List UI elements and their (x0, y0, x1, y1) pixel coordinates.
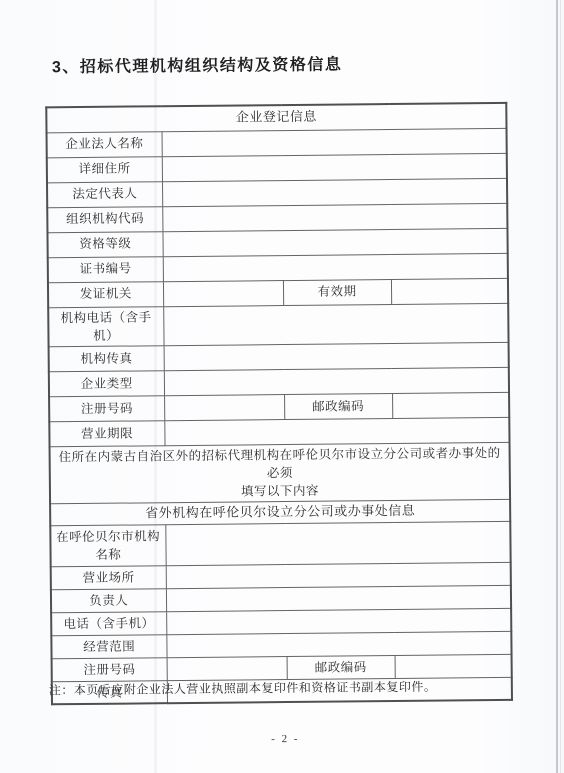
page-title: 3、招标代理机构组织结构及资格信息 (52, 51, 343, 77)
field-value (162, 178, 507, 206)
field-value (162, 128, 507, 156)
field-label: 组织机构代码 (47, 206, 162, 232)
registration-form-table: 企业登记信息 企业法人名称 详细住所 法定代表人 组织机构代码 资格等级 证书编… (45, 102, 513, 706)
field-label-postal-code: 邮政编码 (287, 655, 395, 679)
field-value (163, 280, 283, 306)
field-label: 法定代表人 (47, 181, 162, 207)
field-value (162, 228, 507, 256)
field-label: 资格等级 (47, 231, 162, 257)
row-agency-phone: 机构电话（含手机） (48, 303, 508, 347)
field-label: 注册号码 (52, 658, 167, 682)
field-value (162, 153, 507, 181)
field-label: 注册号码 (49, 395, 164, 421)
field-label: 营业场所 (51, 566, 166, 590)
field-label: 发证机关 (48, 281, 163, 307)
field-label: 机构传真 (49, 345, 164, 371)
field-label: 经营范围 (51, 635, 166, 659)
field-value (167, 657, 287, 681)
page-number: - 2 - (3, 730, 564, 747)
field-value (164, 367, 509, 395)
field-label: 在呼伦贝尔市机构名称 (50, 525, 165, 567)
field-value (166, 631, 511, 657)
field-label: 机构电话（含手机） (48, 306, 163, 346)
field-value (166, 562, 511, 588)
field-label: 企业法人名称 (47, 131, 162, 157)
field-value (162, 203, 507, 231)
field-value (392, 392, 509, 418)
field-value (163, 253, 508, 281)
row-instruction-note: 住所在内蒙古自治区外的招标代理机构在呼伦贝尔市设立分公司或者办事处的必须 填写以… (50, 442, 511, 504)
field-label: 证书编号 (48, 256, 163, 282)
field-label-validity-period: 有效期 (283, 279, 391, 305)
instruction-note: 住所在内蒙古自治区外的招标代理机构在呼伦贝尔市设立分公司或者办事处的必须 填写以… (50, 442, 511, 504)
field-value (391, 278, 508, 304)
scanned-page: 3、招标代理机构组织结构及资格信息 企业登记信息 企业法人名称 详细住所 法定代… (0, 0, 564, 773)
instruction-note-line2: 填写以下内容 (54, 480, 506, 502)
field-value (166, 608, 511, 634)
field-value (164, 342, 509, 370)
field-label: 详细住所 (47, 156, 162, 182)
field-value (395, 654, 512, 678)
field-value (166, 585, 511, 611)
field-value (164, 417, 509, 445)
field-label: 电话（含手机） (51, 612, 166, 636)
field-value (164, 394, 284, 420)
row-branch-name: 在呼伦贝尔市机构名称 (50, 521, 510, 566)
field-label: 负责人 (51, 589, 166, 613)
instruction-note-line1: 住所在内蒙古自治区外的招标代理机构在呼伦贝尔市设立分公司或者办事处的必须 (54, 444, 506, 485)
field-value (165, 521, 510, 565)
field-label: 营业期限 (49, 420, 164, 446)
field-label: 企业类型 (49, 370, 164, 396)
field-value (163, 303, 508, 346)
field-label-postal-code: 邮政编码 (284, 393, 392, 419)
